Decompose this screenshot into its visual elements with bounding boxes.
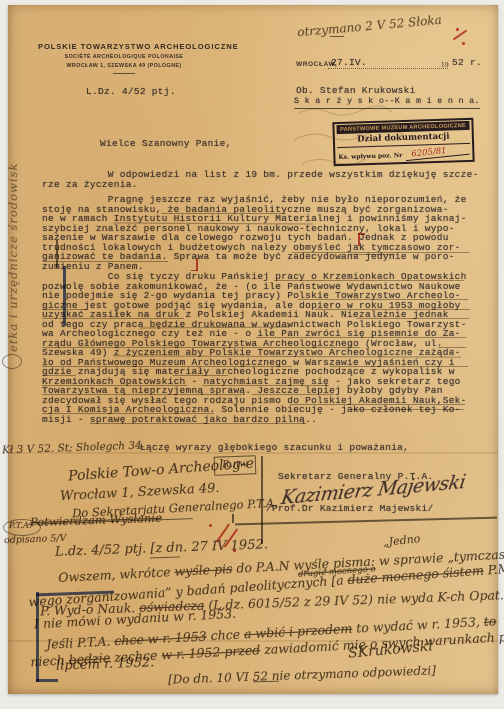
annotation-stroke — [36, 679, 58, 682]
signature-name-typed: /Prof.Dr Kazimierz Majewski/ — [266, 504, 433, 514]
letterhead: POLSKIE TOWARZYSTWO ARCHEOLOGICZNE SOCIÉ… — [38, 42, 210, 74]
annotation-stroke — [358, 233, 360, 246]
note-text: Jeśli P.T.A. — [46, 633, 115, 652]
letter-content: otrzymano 2 V 52 Słoka POLSKIE TOWARZYST… — [0, 0, 504, 709]
annotation-stroke — [90, 423, 306, 424]
annotation-stroke — [330, 36, 344, 37]
annotation-stroke — [351, 409, 464, 410]
annotation-stroke — [150, 556, 180, 558]
pta-label: P.T.A. — [9, 521, 32, 531]
addressee-name: Ob. Stefan Krukowski — [296, 86, 416, 96]
letterhead-divider — [113, 73, 135, 74]
annotation-stroke — [292, 252, 470, 253]
salutation: Wielce Szanowny Panie, — [100, 139, 232, 149]
annotation-stroke — [42, 347, 360, 348]
annotation-stroke — [42, 385, 187, 386]
stamp-entry-number: 6205/81 — [405, 144, 470, 161]
note-text: „Jedno — [382, 532, 421, 549]
paragraph-1: W odpowiedzi na list z 19 bm. przede wsz… — [42, 170, 479, 189]
note-text: [Do dn. 10 VI 52 nie otrzymano odpowiedz… — [168, 663, 436, 686]
bottom-note-l8: lipcem r. 1952. — [56, 655, 155, 673]
annotation-stroke — [63, 266, 66, 326]
note-text: P.M.A, — [483, 560, 504, 578]
margin-oval-mark — [2, 354, 22, 369]
note-text: chce — [206, 626, 244, 643]
annotation-stroke — [36, 592, 39, 682]
annotation-stroke — [453, 30, 467, 41]
annotation-stroke — [358, 233, 365, 235]
annotation-stroke — [161, 213, 286, 214]
annotation-stroke — [42, 394, 242, 395]
annotation-stroke — [42, 413, 214, 414]
org-name-fr: SOCIÉTÉ ARCHÉOLOGIQUE POLONAISE — [38, 54, 210, 60]
annotation-stroke — [462, 42, 465, 45]
annotation-stroke — [191, 270, 198, 272]
annotation-stroke — [232, 514, 234, 523]
annotation-stroke — [261, 456, 263, 544]
annotation-stroke — [56, 240, 58, 268]
bottom-note-insert_right: „Jedno — [382, 532, 421, 549]
annotation-stroke — [42, 261, 168, 262]
stamp-entry-label: Ks. wpływu poz. Nr — [338, 152, 402, 161]
annotation-stroke — [42, 375, 76, 376]
ref-number: L.Dz. 4/52 ptj. — [86, 87, 176, 97]
struck-text: w r. 1952 przed — [161, 642, 261, 662]
annotation-stroke — [456, 28, 459, 31]
stamp-entry-row: Ks. wpływu poz. Nr 6205/81 — [337, 143, 470, 161]
dateline-year: 52 r. — [452, 58, 482, 68]
note-text: Owszem, wkrótce — [58, 564, 175, 585]
bottom-note-l9: [Do dn. 10 VI 52 nie otrzymano odpowiedz… — [168, 663, 436, 686]
annotation-stroke — [350, 254, 395, 255]
annotation-stroke — [252, 394, 334, 395]
org-address: WROCŁAW 1, SZEWSKA 49 (POLOGNE) — [38, 63, 210, 69]
annotation-stroke — [357, 318, 469, 319]
paragraph-2: Pragnę jeszcze raz wyjaśnić, żeby nie by… — [42, 195, 467, 271]
museum-stamp: PAŃSTWOWE MUZEUM ARCHEOLOGICZNE Dział do… — [332, 118, 474, 166]
document-scan: otrzymano 2 V 52 Słoka POLSKIE TOWARZYST… — [0, 0, 504, 709]
annotation-stroke — [42, 366, 292, 367]
annotation-stroke — [315, 309, 470, 310]
rnw-box: R.nw — [214, 455, 257, 475]
dateline-rule — [328, 58, 448, 69]
received-note: otrzymano 2 V 52 Słoka — [297, 13, 443, 40]
struck-text: wyśle pis — [174, 561, 233, 579]
annotation-stroke — [235, 517, 497, 525]
closing-line: Łączę wyrazy głębokiego szacunku i poważ… — [140, 443, 409, 453]
annotation-stroke — [298, 299, 468, 300]
annotation-stroke — [209, 524, 212, 527]
annotation-stroke — [202, 385, 329, 386]
addressee-city: S k a r ż y s k o--K a m i e n n a. — [294, 97, 480, 109]
annotation-stroke — [330, 366, 468, 367]
margin-note-vertical: etka i urzędnicze środowisk — [6, 163, 20, 352]
annotation-stroke — [173, 375, 228, 376]
annotation-stroke — [438, 347, 466, 348]
dateline-year-prefix: 19 — [441, 62, 449, 69]
note-text: lipcem r. 1952. — [56, 655, 155, 673]
paragraph-3: Co się tyczy druku Pańskiej pracy o Krze… — [42, 272, 467, 424]
struck-text: to — [483, 613, 496, 629]
annotation-stroke — [274, 280, 464, 281]
annotation-stroke — [233, 549, 236, 552]
org-name: POLSKIE TOWARZYSTWO ARCHEOLOGICZNE — [38, 42, 210, 51]
annotation-stroke — [256, 337, 466, 338]
annotation-stroke — [290, 404, 465, 405]
